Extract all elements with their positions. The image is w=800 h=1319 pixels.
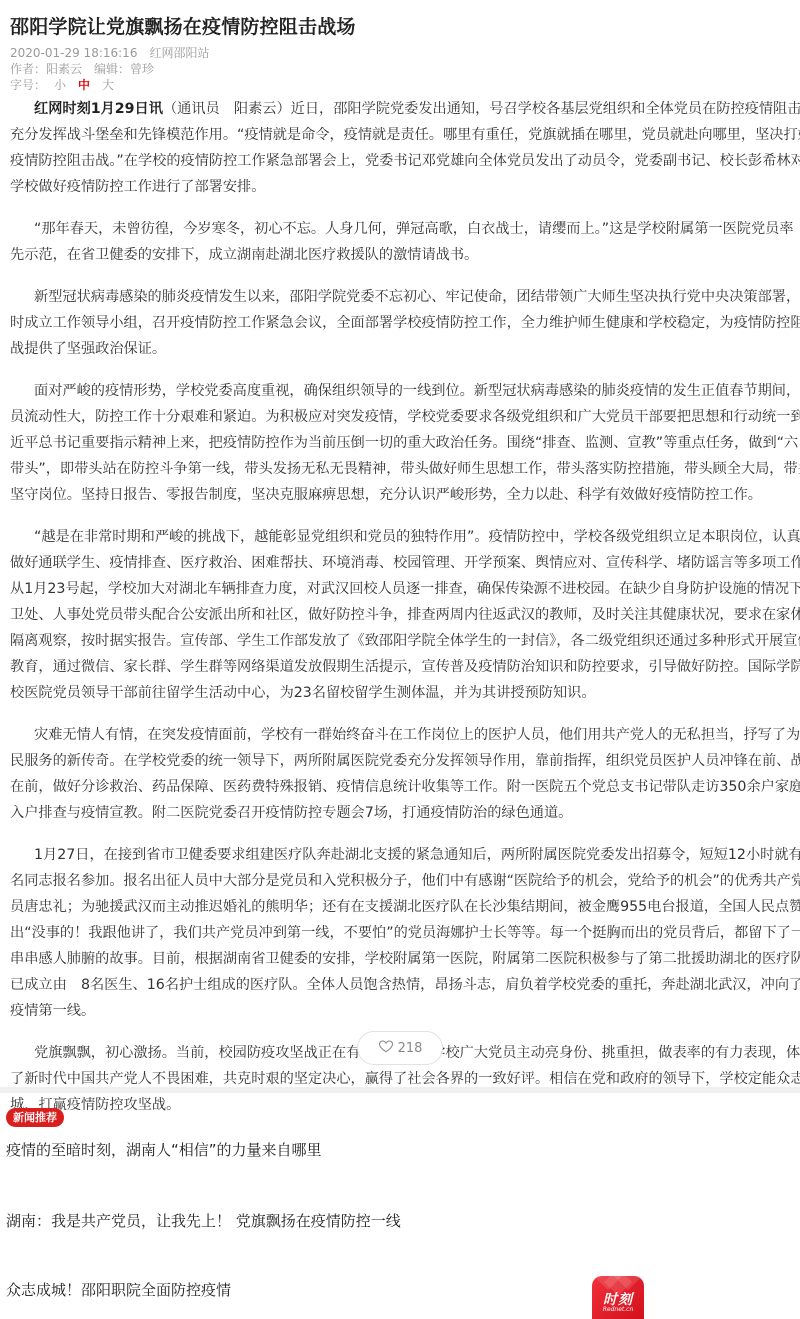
font-size-label: 字号：	[10, 78, 46, 92]
paragraph: 面对严峻的疫情形势，学校党委高度重视，确保组织领导的一线到位。新型冠状病毒感染的…	[10, 378, 800, 508]
like-button[interactable]: 218	[357, 1031, 443, 1065]
article-title: 邵阳学院让党旗飘扬在疫情防控阻击战场	[10, 12, 356, 39]
paragraph: 新型冠状病毒感染的肺炎疫情发生以来，邵阳学院党委不忘初心、牢记使命，团结带领广大…	[10, 284, 800, 362]
section-divider	[0, 1087, 800, 1093]
font-size-small[interactable]: 小	[54, 77, 66, 93]
publish-date: 2020-01-29 18:16:16	[10, 46, 137, 60]
app-logo-subtext: Rednet.cn	[592, 1306, 644, 1313]
heart-outline-icon	[378, 1038, 394, 1058]
font-size-selector: 字号：小中大	[10, 77, 118, 93]
like-area: 218	[0, 1031, 800, 1065]
paragraph: 红网时刻1月29日讯（通讯员 阳素云）近日，邵阳学院党委发出通知，号召学校各基层…	[10, 96, 800, 200]
article-meta-date: 2020-01-29 18:16:16红网邵阳站	[10, 45, 209, 61]
article-meta-author: 作者：阳素云编辑：曾珍	[10, 61, 154, 77]
author-label: 作者：	[10, 62, 46, 76]
paragraph: “那年春天，未曾彷徨，今岁寒冬，初心不忘。人身几何，弹冠高歌，白衣战士，请缨而上…	[10, 216, 800, 268]
author-name: 阳素云	[46, 62, 82, 76]
paragraph: “越是在非常时期和严峻的挑战下，越能彰显党组织和党员的独特作用”。疫情防控中，学…	[10, 524, 800, 706]
article-source: 红网邵阳站	[149, 46, 209, 60]
app-logo[interactable]: 时刻 Rednet.cn	[592, 1276, 644, 1319]
editor-label: 编辑：	[94, 62, 130, 76]
dateline: 红网时刻1月29日讯	[34, 101, 163, 117]
recommend-item[interactable]: 众志成城！邵阳职院全面防控疫情	[6, 1279, 231, 1300]
font-size-large[interactable]: 大	[102, 77, 114, 93]
font-size-medium[interactable]: 中	[78, 77, 90, 93]
recommend-item[interactable]: 湖南：我是共产党员，让我先上！ 党旗飘扬在疫情防控一线	[6, 1210, 401, 1231]
editor-name: 曾珍	[130, 62, 154, 76]
like-count: 218	[398, 1041, 423, 1056]
paragraph: 1月27日，在接到省市卫健委要求组建医疗队奔赴湖北支援的紧急通知后，两所附属医院…	[10, 842, 800, 1024]
recommend-item[interactable]: 疫情的至暗时刻，湖南人“相信”的力量来自哪里	[6, 1139, 322, 1160]
recommend-badge: 新闻推荐	[6, 1108, 64, 1127]
paragraph: 灾难无情人有情，在突发疫情面前，学校有一群始终奋斗在工作岗位上的医护人员，他们用…	[10, 722, 800, 826]
article-body: 红网时刻1月29日讯（通讯员 阳素云）近日，邵阳学院党委发出通知，号召学校各基层…	[10, 96, 800, 1134]
